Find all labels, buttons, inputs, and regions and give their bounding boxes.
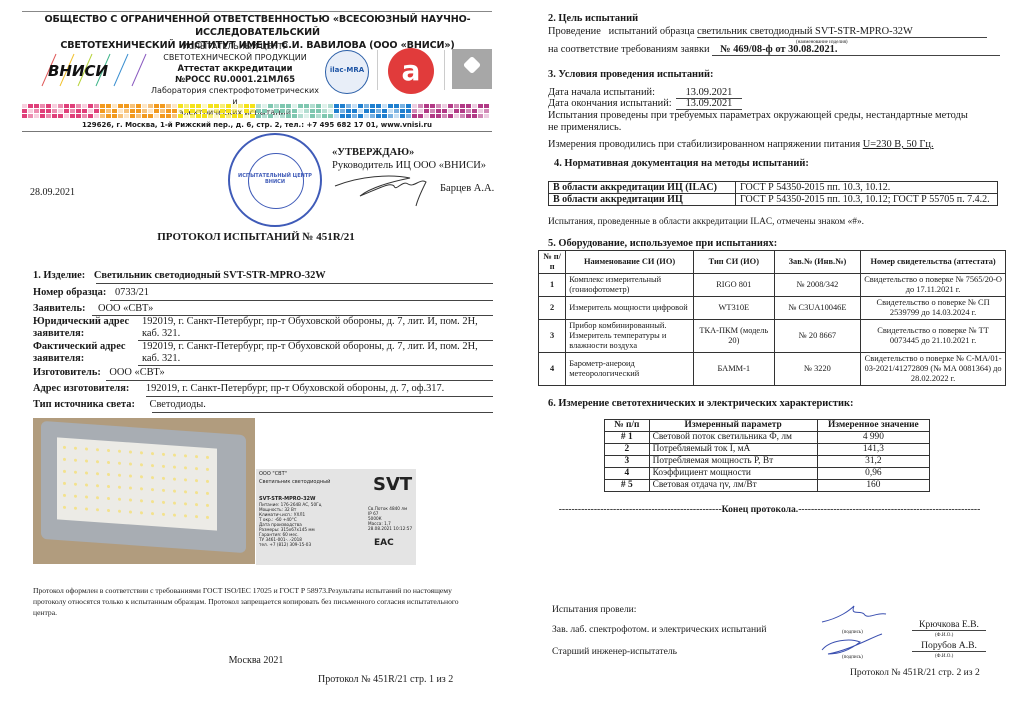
table-row: 3Потребляемая мощность P, Вт31,2 [605, 456, 930, 468]
table-row: 2Потребляемый ток I, мА141,3 [605, 444, 930, 456]
official-stamp-icon: ИСПЫТАТЕЛЬНЫЙ ЦЕНТР ВНИСИ [228, 133, 322, 227]
product-value: Светильник светодиодный SVT-STR-MPRO-32W [94, 270, 326, 281]
table-row: 4Барометр-анероид метеорологическийБАММ-… [539, 353, 1006, 386]
measured-parameter: Потребляемая мощность P, Вт [649, 456, 817, 468]
field-underline [138, 365, 493, 366]
org-address: 129626, г. Москва, 1-й Рижский пер., д. … [22, 121, 492, 129]
signer2-name: Порубов А.В. [912, 640, 986, 652]
label-line: 28.08.2021 10:12:57 [368, 526, 414, 531]
top-divider [22, 11, 492, 12]
table-row: # 1Световой поток светильника Ф, лм4 990 [605, 432, 930, 444]
applicant-value: ООО «СВТ» [98, 303, 153, 314]
product-label: 1. Изделие: [33, 270, 85, 281]
row-number: # 1 [605, 432, 650, 444]
row-number: 4 [605, 468, 650, 480]
eac-mark-icon: EAC [374, 541, 394, 546]
disclaimer-text: Протокол оформлен в соответствии с требо… [33, 585, 483, 618]
normative-docs-table: В области аккредитации ИЦ (ILAC)ГОСТ Р 5… [548, 181, 998, 206]
approval-title: «УТВЕРЖДАЮ» [332, 147, 414, 158]
ilac-mra-logo-icon: ilac-MRA [325, 50, 369, 94]
manufacturer-address-value: 192019, г. Санкт-Петербург, пр-т Обуховс… [146, 383, 444, 394]
label-specs: SVT-STR-MPRO-32WПитание: 176-264В АС, 50… [259, 497, 359, 547]
measured-parameter: Световая отдача ηv, лм/Вт [649, 480, 817, 492]
manufacturer-field: Изготовитель: ООО «СВТ» [33, 367, 493, 378]
applicant-label: Заявитель: [33, 303, 85, 314]
table-row: 2Измеритель мощности цифровойWT310E№ C3U… [539, 297, 1006, 320]
org-title-line1: ОБЩЕСТВО С ОГРАНИЧЕННОЙ ОТВЕТСТВЕННОСТЬЮ… [20, 13, 495, 39]
row-number: 4 [539, 353, 566, 386]
product-field: 1. Изделие: Светильник светодиодный SVT-… [33, 270, 493, 281]
column-header: Наименование СИ (ИО) [566, 251, 694, 274]
accreditation-number: №РОСС RU.0001.21МЛ65 [150, 74, 320, 85]
page-footer: Протокол № 451R/21 стр. 2 из 2 [850, 667, 980, 678]
column-header: Измеренный параметр [649, 420, 817, 432]
field-underline [96, 283, 493, 284]
measured-value: 0,96 [817, 468, 929, 480]
measured-parameter: Потребляемый ток I, мА [649, 444, 817, 456]
signature-note: (подпись) [842, 655, 863, 660]
color-mosaic-strip [22, 104, 494, 119]
fio-note: (Ф.И.О.) [935, 654, 953, 659]
section2-title: 2. Цель испытаний [548, 13, 638, 24]
row-number: 3 [605, 456, 650, 468]
measured-value: 31,2 [817, 456, 929, 468]
table-row: 1Комплекс измерительный (гониофотометр)R… [539, 274, 1006, 297]
environment-text: Испытания проведены при требуемых параме… [548, 110, 978, 134]
signer1-role: Зав. лаб. спектрофотом. и электрических … [552, 624, 766, 635]
label-specs-right: Св.Поток 4840 лмIP 675000КМасса: 1,728.0… [368, 506, 414, 531]
field-underline [106, 380, 493, 381]
section2-line1: Проведение испытаний образца светильник … [548, 26, 987, 38]
measured-parameter: Коэффициент мощности [649, 468, 817, 480]
equipment-name: Комплекс измерительный (гониофотометр) [566, 274, 694, 297]
signer2-signature-icon [820, 632, 890, 657]
section3-title: 3. Условия проведения испытаний: [548, 69, 713, 80]
measured-value: 141,3 [817, 444, 929, 456]
voltage-value: U=230 В, 50 Гц. [863, 139, 934, 150]
accreditation-label: Аттестат аккредитации [150, 63, 320, 74]
row-number: 3 [539, 320, 566, 353]
accreditation-logo-icon: a [388, 48, 434, 94]
column-header: № п/п [605, 420, 650, 432]
ilac-note: Испытания, проведенные в области аккреди… [548, 217, 864, 227]
light-source-field: Тип источника света: Светодиоды. [33, 399, 493, 410]
sample-value: 0733/21 [115, 287, 149, 298]
center-line1: ИСПЫТАТЕЛЬНЫЙ ЦЕНТР [150, 41, 320, 52]
logo-divider [444, 50, 445, 90]
manufacturer-address-label: Адрес изготовителя: [33, 383, 129, 394]
logo-divider [377, 50, 378, 90]
vnisi-logo-icon: ВНИСИ [38, 50, 148, 90]
protocol-page-1: ОБЩЕСТВО С ОГРАНИЧЕННОЙ ОТВЕТСТВЕННОСТЬЮ… [0, 0, 512, 724]
light-source-value: Светодиоды. [150, 399, 206, 410]
actual-address-label: Фактический адрес заявителя: [33, 341, 143, 365]
section4-title: 4. Нормативная документация на методы ис… [554, 158, 809, 169]
approver-signature-icon [330, 168, 450, 208]
field-underline [146, 396, 493, 397]
signer1-name: Крючкова Е.В. [912, 619, 986, 631]
table-row: 4Коэффициент мощности0,96 [605, 468, 930, 480]
equipment-name: Измеритель мощности цифровой [566, 297, 694, 320]
row-number: 2 [539, 297, 566, 320]
column-header: Измеренное значение [817, 420, 929, 432]
measured-value: 160 [817, 480, 929, 492]
measured-value: 4 990 [817, 432, 929, 444]
section2-line2: на соответствие требованиям заявки № 469… [548, 44, 1000, 56]
certificate: Свидетельство о поверке № С-МА/01-03-202… [861, 353, 1006, 386]
row-number: 2 [605, 444, 650, 456]
stamp-text: ИСПЫТАТЕЛЬНЫЙ ЦЕНТР ВНИСИ [230, 173, 320, 185]
manufacturer-address-field: Адрес изготовителя: 192019, г. Санкт-Пет… [33, 383, 493, 394]
certificate: Свидетельство о поверке № 7565/20-О до 1… [861, 274, 1006, 297]
serial-number: № C3UA10046E [774, 297, 860, 320]
svt-brand-logo: SVT [373, 482, 412, 487]
section5-title: 5. Оборудование, используемое при испыта… [548, 238, 777, 249]
field-underline [110, 300, 493, 301]
protocol-page-2: 2. Цель испытаний Проведение испытаний о… [512, 0, 1024, 724]
sample-label: Номер образца: [33, 287, 106, 298]
ilac-text: ilac-MRA [328, 66, 366, 74]
standard-reference: ГОСТ Р 54350-2015 пп. 10.3, 10.12; ГОСТ … [736, 194, 998, 206]
applicant-field: Заявитель: ООО «СВТ» [33, 303, 493, 314]
protocol-title: ПРОТОКОЛ ИСПЫТАНИЙ № 451R/21 [0, 231, 512, 243]
testing-laboratory-badge-icon [452, 49, 492, 89]
serial-number: № 3220 [774, 353, 860, 386]
manufacturer-label: Изготовитель: [33, 367, 101, 378]
equipment-name: Барометр-анероид метеорологический [566, 353, 694, 386]
equipment-type: ТКА-ПКМ (модель 20) [693, 320, 774, 353]
svg-text:ВНИСИ: ВНИСИ [48, 62, 109, 80]
request-prefix: на соответствие требованиям заявки [548, 44, 710, 55]
certificate: Свидетельство о поверке № ТТ 0073445 до … [861, 320, 1006, 353]
end-date-label: Дата окончания испытаний: [548, 98, 672, 109]
standard-reference: ГОСТ Р 54350-2015 пп. 10.3, 10.12. [736, 182, 998, 194]
equipment-type: БАММ-1 [693, 353, 774, 386]
voltage-line: Измерения проводились при стабилизирован… [548, 139, 934, 150]
page-footer: Протокол № 451R/21 стр. 1 из 2 [318, 674, 453, 685]
signer2-role: Старший инженер-испытатель [552, 646, 677, 657]
equipment-table: № п/пНаименование СИ (ИО)Тип СИ (ИО)Зав.… [538, 250, 1006, 386]
field-underline [152, 412, 493, 413]
light-source-label: Тип источника света: [33, 399, 135, 410]
column-header: Зав.№ (Инв.№) [774, 251, 860, 274]
product-label-photo: ООО "СВТ" Светильник светодиодный SVT-ST… [256, 469, 416, 565]
approver-name: Барцев А.А. [440, 183, 494, 194]
serial-number: № 2008/342 [774, 274, 860, 297]
equipment-name: Прибор комбинированный. Измеритель темпе… [566, 320, 694, 353]
measured-parameter: Световой поток светильника Ф, лм [649, 432, 817, 444]
accreditation-logo-letter: a [388, 54, 434, 87]
request-number-value: № 469/08-ф от 30.08.2021. [712, 44, 1000, 56]
sample-field: Номер образца: 0733/21 [33, 287, 493, 298]
fio-note: (Ф.И.О.) [935, 633, 953, 638]
signoff-title: Испытания провели: [552, 604, 636, 615]
equipment-type: WT310E [693, 297, 774, 320]
actual-address-value: 192019, г. Санкт-Петербург, пр-т Обуховс… [142, 341, 494, 365]
product-name-value: светильник светодиодный SVT-STR-MPRO-32W [697, 26, 987, 38]
approval-date: 28.09.2021 [30, 187, 75, 198]
row-number: 1 [539, 274, 566, 297]
section2-prefix: Проведение испытаний образца [548, 26, 694, 37]
table-row: # 5Световая отдача ηv, лм/Вт160 [605, 480, 930, 492]
legal-address-value: 192019, г. Санкт-Петербург, пр-т Обуховс… [142, 316, 494, 340]
column-header: № п/п [539, 251, 566, 274]
end-date-value: 13.09.2021 [676, 98, 742, 110]
section6-title: 6. Измерение светотехнических и электрич… [548, 398, 853, 409]
end-of-protocol: ----------------------------------------… [542, 504, 997, 515]
label-name: Светильник светодиодный [259, 480, 330, 485]
start-date-label: Дата начала испытаний: [548, 87, 655, 98]
row-number: # 5 [605, 480, 650, 492]
address-divider [22, 131, 492, 132]
accreditation-scope: В области аккредитации ИЦ [549, 194, 736, 206]
city-year: Москва 2021 [0, 655, 512, 666]
signer1-signature-icon [820, 602, 890, 627]
serial-number: № 20 8667 [774, 320, 860, 353]
table-row: В области аккредитации ИЦ (ILAC)ГОСТ Р 5… [549, 182, 998, 194]
label-company: ООО "СВТ" [259, 472, 287, 477]
accreditation-scope: В области аккредитации ИЦ (ILAC) [549, 182, 736, 194]
column-header: Тип СИ (ИО) [693, 251, 774, 274]
luminaire-photo [33, 418, 255, 564]
table-row: В области аккредитации ИЦГОСТ Р 54350-20… [549, 194, 998, 206]
table-row: 3Прибор комбинированный. Измеритель темп… [539, 320, 1006, 353]
manufacturer-value: ООО «СВТ» [109, 367, 164, 378]
equipment-type: RIGO 801 [693, 274, 774, 297]
measurements-table: № п/пИзмеренный параметрИзмеренное значе… [604, 419, 930, 492]
certificate: Свидетельство о поверке № СП 2539799 до … [861, 297, 1006, 320]
center-line2: СВЕТОТЕХНИЧЕСКОЙ ПРОДУКЦИИ [150, 52, 320, 63]
label-line: тел. +7 (812) 309-15-03 [259, 542, 359, 547]
legal-address-label: Юридический адрес заявителя: [33, 316, 143, 340]
voltage-prefix: Измерения проводились при стабилизирован… [548, 139, 860, 150]
column-header: Номер свидетельства (аттестата) [861, 251, 1006, 274]
